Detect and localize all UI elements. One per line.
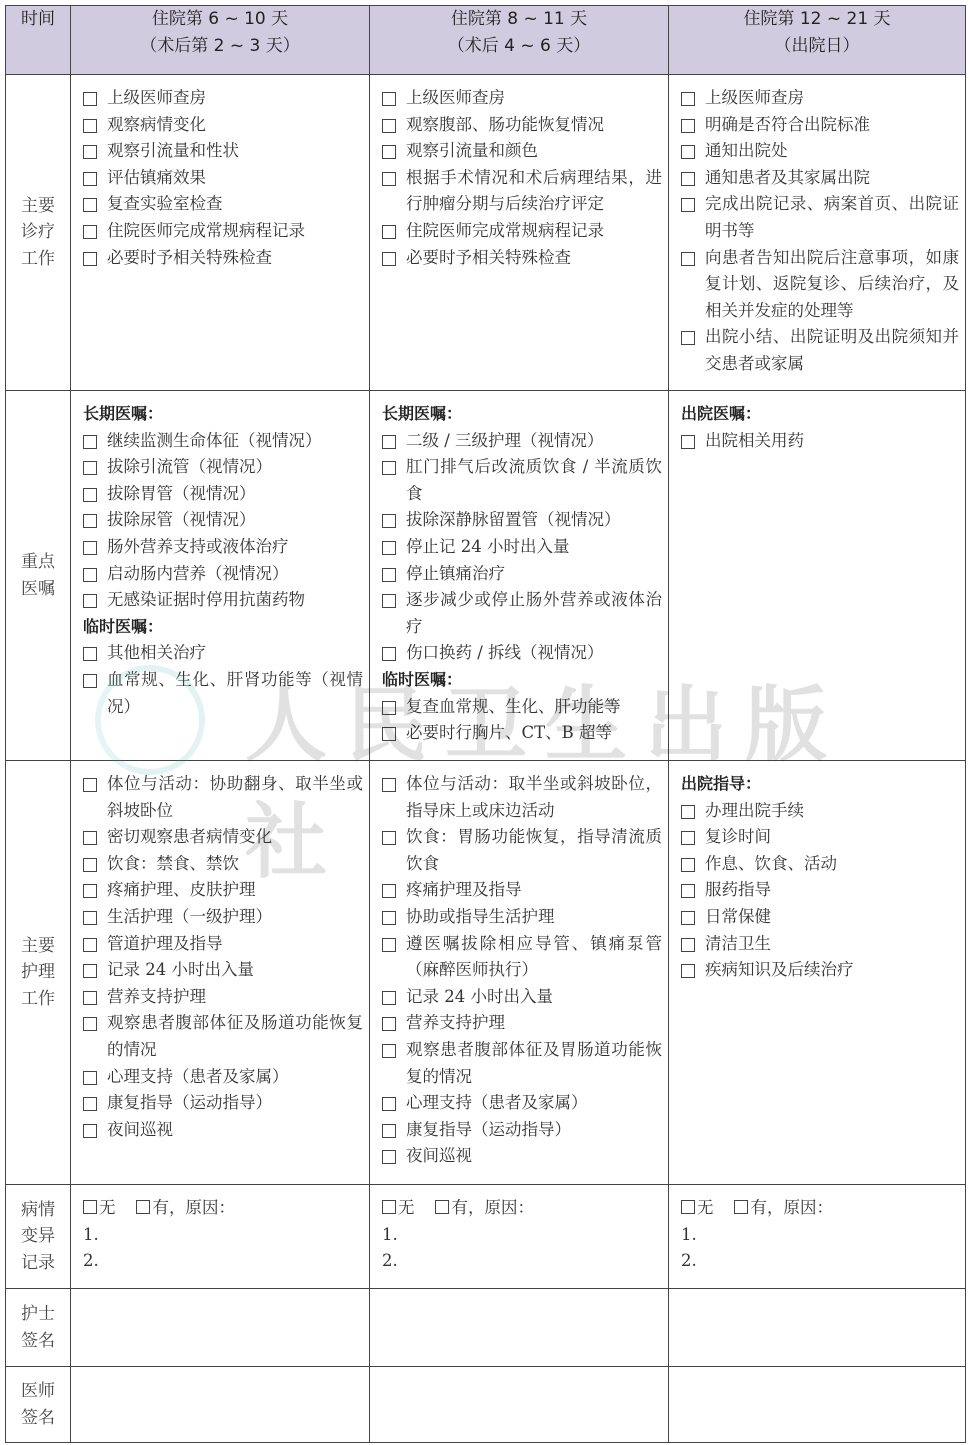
checkbox-icon[interactable] <box>83 964 97 978</box>
checkbox-icon[interactable] <box>83 1071 97 1085</box>
checkbox-icon[interactable] <box>83 541 97 555</box>
checkbox-icon[interactable] <box>382 145 396 159</box>
row-label-variation: 病情变异记录 <box>6 1185 71 1289</box>
header-col-2-line1: 住院第 8 ~ 11 天 <box>370 6 668 33</box>
checkbox-icon[interactable] <box>382 541 396 555</box>
row-label-line: 变异 <box>6 1223 70 1250</box>
variation-reason-2[interactable]: 2. <box>83 1248 363 1275</box>
row-label-line: 诊疗 <box>6 219 70 246</box>
checklist-item: 记录 24 小时出入量 <box>382 984 662 1011</box>
checklist-item: 清洁卫生 <box>681 931 959 958</box>
row-label-line: 医师 <box>6 1378 70 1405</box>
checklist-item-label: 记录 24 小时出入量 <box>406 987 553 1006</box>
variation-col-2: 无 有，原因：1.2. <box>370 1185 669 1289</box>
variation-col-3: 无 有，原因：1.2. <box>669 1185 966 1289</box>
checkbox-icon[interactable] <box>382 701 396 715</box>
checklist-item-label: 营养支持护理 <box>107 987 206 1006</box>
checklist-item: 密切观察患者病情变化 <box>83 824 363 851</box>
checklist-item-label: 必要时予相关特殊检查 <box>107 248 272 267</box>
checkbox-icon[interactable] <box>681 145 695 159</box>
row-label-diagnosis: 主要诊疗工作 <box>6 75 71 391</box>
checklist-item: 观察患者腹部体征及肠道功能恢复的情况 <box>83 1010 363 1063</box>
row-label-line: 医嘱 <box>6 576 70 603</box>
doctor-signature-field-3[interactable] <box>669 1367 966 1443</box>
checklist-item: 住院医师完成常规病程记录 <box>83 218 363 245</box>
checklist-item: 上级医师查房 <box>382 85 662 112</box>
checkbox-icon[interactable] <box>681 435 695 449</box>
checklist-item-label: 观察病情变化 <box>107 115 206 134</box>
checklist-item-label: 服药指导 <box>705 880 771 899</box>
checklist-item-label: 住院医师完成常规病程记录 <box>406 221 604 240</box>
checkbox-yes-icon[interactable] <box>734 1200 748 1214</box>
row-label-line: 签名 <box>6 1328 70 1355</box>
checklist-item-label: 协助或指导生活护理 <box>406 907 555 926</box>
checklist-item-label: 疼痛护理、皮肤护理 <box>107 880 256 899</box>
checklist-item: 评估镇痛效果 <box>83 165 363 192</box>
nurse-signature-field-2[interactable] <box>370 1289 669 1367</box>
checklist-item: 拔除引流管（视情况） <box>83 454 363 481</box>
diagnosis-col-3: 上级医师查房明确是否符合出院标准通知出院处通知患者及其家属出院完成出院记录、病案… <box>669 75 966 391</box>
checklist-item-label: 伤口换药 / 拆线（视情况） <box>406 643 604 662</box>
checklist-item-label: 康复指导（运动指导） <box>406 1120 571 1139</box>
checkbox-icon[interactable] <box>83 594 97 608</box>
checkbox-icon[interactable] <box>83 119 97 133</box>
checklist-item: 遵医嘱拔除相应导管、镇痛泵管（麻醉医师执行） <box>382 931 662 984</box>
row-label-nurse-signature: 护士签名 <box>6 1289 71 1367</box>
checklist-item-label: 停止记 24 小时出入量 <box>406 537 570 556</box>
checklist-item: 通知患者及其家属出院 <box>681 165 959 192</box>
checkbox-icon[interactable] <box>83 674 97 688</box>
checkbox-icon[interactable] <box>83 938 97 952</box>
doctor-signature-field-1[interactable] <box>71 1367 370 1443</box>
variation-yes-label: 有，原因： <box>750 1198 833 1217</box>
row-nursing: 主要护理工作 体位与活动：协助翻身、取半坐或斜坡卧位密切观察患者病情变化饮食：禁… <box>6 761 966 1185</box>
checklist-item: 拔除尿管（视情况） <box>83 507 363 534</box>
checkbox-icon[interactable] <box>83 92 97 106</box>
checklist-item-label: 逐步减少或停止肠外营养或液体治疗 <box>406 590 662 636</box>
checkbox-icon[interactable] <box>83 991 97 1005</box>
checkbox-icon[interactable] <box>83 514 97 528</box>
doctor-signature-field-2[interactable] <box>370 1367 669 1443</box>
row-label-line: 护理 <box>6 959 70 986</box>
checklist-item: 心理支持（患者及家属） <box>83 1064 363 1091</box>
row-label-line: 签名 <box>6 1405 70 1432</box>
discharge-orders-heading: 出院医嘱： <box>681 401 959 428</box>
checklist-item-label: 继续监测生命体征（视情况） <box>107 431 322 450</box>
checklist-item: 生活护理（一级护理） <box>83 904 363 931</box>
checklist-item: 启动肠内营养（视情况） <box>83 561 363 588</box>
checkbox-icon[interactable] <box>382 647 396 661</box>
checklist-item: 完成出院记录、病案首页、出院证明书等 <box>681 191 959 244</box>
checklist-item: 二级 / 三级护理（视情况） <box>382 428 662 455</box>
header-col-1-line1: 住院第 6 ~ 10 天 <box>71 6 369 33</box>
checklist-item-label: 复查血常规、生化、肝功能等 <box>406 697 621 716</box>
temporary-orders-heading: 临时医嘱： <box>83 614 363 641</box>
checklist-item-label: 拔除深静脉留置管（视情况） <box>406 510 621 529</box>
checklist-item: 出院相关用药 <box>681 428 959 455</box>
row-label-orders: 重点医嘱 <box>6 391 71 761</box>
checkbox-icon[interactable] <box>83 488 97 502</box>
checklist-item-label: 复查实验室检查 <box>107 194 223 213</box>
checkbox-icon[interactable] <box>681 198 695 212</box>
checklist-item: 通知出院处 <box>681 138 959 165</box>
row-doctor-signature: 医师签名 <box>6 1367 966 1443</box>
checklist-item: 复查实验室检查 <box>83 191 363 218</box>
header-col-1: 住院第 6 ~ 10 天（术后第 2 ~ 3 天） <box>71 6 370 75</box>
checklist-item-label: 饮食：胃肠功能恢复，指导清流质饮食 <box>406 827 662 873</box>
row-label-doctor-signature: 医师签名 <box>6 1367 71 1443</box>
checklist-item-label: 上级医师查房 <box>705 88 804 107</box>
checklist-item: 根据手术情况和术后病理结果，进行肿瘤分期与后续治疗评定 <box>382 165 662 218</box>
checklist-item: 伤口换药 / 拆线（视情况） <box>382 640 662 667</box>
checkbox-icon[interactable] <box>83 884 97 898</box>
variation-yes-label: 有，原因： <box>152 1198 235 1217</box>
checklist-item: 协助或指导生活护理 <box>382 904 662 931</box>
checklist-item: 住院医师完成常规病程记录 <box>382 218 662 245</box>
checklist-item-label: 复诊时间 <box>705 827 771 846</box>
variation-options: 无 有，原因： <box>382 1195 662 1222</box>
checkbox-icon[interactable] <box>83 911 97 925</box>
checklist-item: 出院小结、出院证明及出院须知并交患者或家属 <box>681 324 959 377</box>
variation-yes-label: 有，原因： <box>451 1198 534 1217</box>
checklist-item-label: 其他相关治疗 <box>107 643 206 662</box>
checkbox-icon[interactable] <box>681 884 695 898</box>
row-label-line: 护士 <box>6 1301 70 1328</box>
checklist-item-label: 作息、饮食、活动 <box>705 854 837 873</box>
checklist-item-label: 上级医师查房 <box>406 88 505 107</box>
checkbox-none-icon[interactable] <box>382 1200 396 1214</box>
checkbox-icon[interactable] <box>83 647 97 661</box>
variation-none-label: 无 <box>697 1198 714 1217</box>
checkbox-icon[interactable] <box>382 938 396 952</box>
checkbox-none-icon[interactable] <box>681 1200 695 1214</box>
checkbox-icon[interactable] <box>382 172 396 186</box>
checklist-item: 疼痛护理及指导 <box>382 877 662 904</box>
checkbox-icon[interactable] <box>83 172 97 186</box>
row-label-line: 工作 <box>6 986 70 1013</box>
checkbox-icon[interactable] <box>382 1150 396 1164</box>
checklist-item-label: 心理支持（患者及家属） <box>107 1067 289 1086</box>
checkbox-icon[interactable] <box>382 461 396 475</box>
nursing-col-1: 体位与活动：协助翻身、取半坐或斜坡卧位密切观察患者病情变化饮食：禁食、禁饮疼痛护… <box>71 761 370 1185</box>
header-row: 时间 住院第 6 ~ 10 天（术后第 2 ~ 3 天） 住院第 8 ~ 11 … <box>6 6 966 75</box>
checklist-item-label: 拔除尿管（视情况） <box>107 510 256 529</box>
checkbox-icon[interactable] <box>681 172 695 186</box>
checklist-item-label: 体位与活动：协助翻身、取半坐或斜坡卧位 <box>107 774 363 820</box>
row-label-line: 主要 <box>6 933 70 960</box>
checklist-item-label: 疾病知识及后续治疗 <box>705 960 854 979</box>
checklist-item-label: 肠外营养支持或液体治疗 <box>107 537 289 556</box>
orders-col-3: 出院医嘱： 出院相关用药 <box>669 391 966 761</box>
variation-options: 无 有，原因： <box>83 1195 363 1222</box>
checklist-item-label: 停止镇痛治疗 <box>406 564 505 583</box>
checkbox-icon[interactable] <box>681 831 695 845</box>
checklist-item: 向患者告知出院后注意事项，如康复计划、返院复诊、后续治疗，及相关并发症的处理等 <box>681 245 959 325</box>
header-col-1-line2: （术后第 2 ~ 3 天） <box>71 33 369 60</box>
checkbox-icon[interactable] <box>382 119 396 133</box>
variation-reason-1[interactable]: 1. <box>382 1222 662 1249</box>
checklist-item-label: 夜间巡视 <box>107 1120 173 1139</box>
checklist-item-label: 明确是否符合出院标准 <box>705 115 870 134</box>
checklist-item: 观察病情变化 <box>83 112 363 139</box>
checklist-item: 必要时行胸片、CT、B 超等 <box>382 720 662 747</box>
checklist-item-label: 康复指导（运动指导） <box>107 1093 272 1112</box>
checklist-item: 观察患者腹部体征及胃肠道功能恢复的情况 <box>382 1037 662 1090</box>
checkbox-icon[interactable] <box>382 435 396 449</box>
diagnosis-col-2: 上级医师查房观察腹部、肠功能恢复情况观察引流量和颜色根据手术情况和术后病理结果，… <box>370 75 669 391</box>
checklist-item: 无感染证据时停用抗菌药物 <box>83 587 363 614</box>
nurse-signature-field-3[interactable] <box>669 1289 966 1367</box>
checklist-item-label: 观察患者腹部体征及肠道功能恢复的情况 <box>107 1013 363 1059</box>
checklist-item: 必要时予相关特殊检查 <box>83 245 363 272</box>
checklist-item-label: 启动肠内营养（视情况） <box>107 564 289 583</box>
nursing-col-2: 体位与活动：取半坐或斜坡卧位，指导床上或床边活动饮食：胃肠功能恢复，指导清流质饮… <box>370 761 669 1185</box>
checklist-item: 夜间巡视 <box>382 1143 662 1170</box>
checklist-item: 饮食：胃肠功能恢复，指导清流质饮食 <box>382 824 662 877</box>
checklist-item-label: 二级 / 三级护理（视情况） <box>406 431 604 450</box>
row-label-line: 主要 <box>6 193 70 220</box>
checklist-item: 观察腹部、肠功能恢复情况 <box>382 112 662 139</box>
row-orders: 重点医嘱 长期医嘱： 继续监测生命体征（视情况）拔除引流管（视情况）拔除胃管（视… <box>6 391 966 761</box>
checklist-item: 拔除深静脉留置管（视情况） <box>382 507 662 534</box>
checklist-item-label: 拔除引流管（视情况） <box>107 457 272 476</box>
checkbox-icon[interactable] <box>83 858 97 872</box>
checkbox-icon[interactable] <box>83 198 97 212</box>
checkbox-icon[interactable] <box>382 1044 396 1058</box>
row-label-line: 病情 <box>6 1197 70 1224</box>
checklist-item-label: 观察患者腹部体征及胃肠道功能恢复的情况 <box>406 1040 662 1086</box>
checklist-item: 上级医师查房 <box>681 85 959 112</box>
orders-col-2: 长期医嘱： 二级 / 三级护理（视情况）肛门排气后改流质饮食 / 半流质饮食拔除… <box>370 391 669 761</box>
diagnosis-col-1: 上级医师查房观察病情变化观察引流量和性状评估镇痛效果复查实验室检查住院医师完成常… <box>71 75 370 391</box>
checklist-item-label: 夜间巡视 <box>406 1146 472 1165</box>
checklist-item: 记录 24 小时出入量 <box>83 957 363 984</box>
checklist-item-label: 无感染证据时停用抗菌药物 <box>107 590 305 609</box>
checklist-item: 必要时予相关特殊检查 <box>382 245 662 272</box>
row-label-line: 重点 <box>6 549 70 576</box>
checklist-item-label: 营养支持护理 <box>406 1013 505 1032</box>
checklist-item-label: 肛门排气后改流质饮食 / 半流质饮食 <box>406 457 662 503</box>
checkbox-icon[interactable] <box>681 252 695 266</box>
checklist-item: 停止记 24 小时出入量 <box>382 534 662 561</box>
checkbox-icon[interactable] <box>83 252 97 266</box>
checklist-item: 疼痛护理、皮肤护理 <box>83 877 363 904</box>
checklist-item: 体位与活动：协助翻身、取半坐或斜坡卧位 <box>83 771 363 824</box>
checklist-item: 肠外营养支持或液体治疗 <box>83 534 363 561</box>
checklist-item-label: 观察腹部、肠功能恢复情况 <box>406 115 604 134</box>
checklist-item: 营养支持护理 <box>382 1010 662 1037</box>
checklist-item: 肛门排气后改流质饮食 / 半流质饮食 <box>382 454 662 507</box>
checklist-item: 作息、饮食、活动 <box>681 851 959 878</box>
checkbox-icon[interactable] <box>382 252 396 266</box>
checklist-item-label: 出院相关用药 <box>705 431 804 450</box>
checklist-item: 体位与活动：取半坐或斜坡卧位，指导床上或床边活动 <box>382 771 662 824</box>
checkbox-icon[interactable] <box>681 911 695 925</box>
checkbox-icon[interactable] <box>382 911 396 925</box>
checkbox-icon[interactable] <box>681 964 695 978</box>
checkbox-icon[interactable] <box>681 858 695 872</box>
checklist-item-label: 体位与活动：取半坐或斜坡卧位，指导床上或床边活动 <box>406 774 662 820</box>
checkbox-icon[interactable] <box>382 594 396 608</box>
checkbox-icon[interactable] <box>83 1017 97 1031</box>
checklist-item-label: 遵医嘱拔除相应导管、镇痛泵管（麻醉医师执行） <box>406 934 662 980</box>
temporary-orders-heading: 临时医嘱： <box>382 667 662 694</box>
checkbox-icon[interactable] <box>681 92 695 106</box>
checklist-item-label: 出院小结、出院证明及出院须知并交患者或家属 <box>705 327 959 373</box>
checkbox-icon[interactable] <box>382 727 396 741</box>
checklist-item-label: 通知患者及其家属出院 <box>705 168 870 187</box>
checklist-item-label: 清洁卫生 <box>705 934 771 953</box>
row-diagnosis: 主要诊疗工作 上级医师查房观察病情变化观察引流量和性状评估镇痛效果复查实验室检查… <box>6 75 966 391</box>
checkbox-none-icon[interactable] <box>83 1200 97 1214</box>
checklist-item-label: 拔除胃管（视情况） <box>107 484 256 503</box>
checklist-item: 夜间巡视 <box>83 1117 363 1144</box>
checkbox-icon[interactable] <box>382 92 396 106</box>
long-term-orders-heading: 长期医嘱： <box>83 401 363 428</box>
checklist-item: 疾病知识及后续治疗 <box>681 957 959 984</box>
checklist-item-label: 向患者告知出院后注意事项，如康复计划、返院复诊、后续治疗，及相关并发症的处理等 <box>705 248 959 320</box>
header-col-3: 住院第 12 ~ 21 天（出院日） <box>669 6 966 75</box>
header-col-2-line2: （术后 4 ~ 6 天） <box>370 33 668 60</box>
checklist-item-label: 评估镇痛效果 <box>107 168 206 187</box>
checklist-item-label: 管道护理及指导 <box>107 934 223 953</box>
checklist-item-label: 上级医师查房 <box>107 88 206 107</box>
checkbox-icon[interactable] <box>382 991 396 1005</box>
row-label-nursing: 主要护理工作 <box>6 761 71 1185</box>
checkbox-icon[interactable] <box>681 805 695 819</box>
checklist-item: 明确是否符合出院标准 <box>681 112 959 139</box>
variation-reason-1[interactable]: 1. <box>681 1222 959 1249</box>
nursing-col-3: 出院指导： 办理出院手续复诊时间作息、饮食、活动服药指导日常保健清洁卫生疾病知识… <box>669 761 966 1185</box>
checkbox-icon[interactable] <box>83 435 97 449</box>
checkbox-icon[interactable] <box>83 778 97 792</box>
checklist-item-label: 观察引流量和性状 <box>107 141 239 160</box>
checkbox-icon[interactable] <box>83 568 97 582</box>
checklist-item-label: 完成出院记录、病案首页、出院证明书等 <box>705 194 959 240</box>
checklist-item: 办理出院手续 <box>681 798 959 825</box>
checkbox-yes-icon[interactable] <box>435 1200 449 1214</box>
row-label-line: 工作 <box>6 246 70 273</box>
checklist-item-label: 疼痛护理及指导 <box>406 880 522 899</box>
variation-col-1: 无 有，原因：1.2. <box>71 1185 370 1289</box>
checklist-item: 管道护理及指导 <box>83 931 363 958</box>
checklist-item: 停止镇痛治疗 <box>382 561 662 588</box>
checklist-item-label: 必要时行胸片、CT、B 超等 <box>406 723 612 742</box>
checklist-item: 康复指导（运动指导） <box>382 1117 662 1144</box>
checklist-item-label: 日常保健 <box>705 907 771 926</box>
checklist-item-label: 记录 24 小时出入量 <box>107 960 254 979</box>
checklist-item-label: 饮食：禁食、禁饮 <box>107 854 239 873</box>
checkbox-icon[interactable] <box>83 1097 97 1111</box>
checklist-item-label: 心理支持（患者及家属） <box>406 1093 588 1112</box>
header-col-2: 住院第 8 ~ 11 天（术后 4 ~ 6 天） <box>370 6 669 75</box>
checklist-item: 逐步减少或停止肠外营养或液体治疗 <box>382 587 662 640</box>
checkbox-icon[interactable] <box>83 461 97 475</box>
checkbox-icon[interactable] <box>83 831 97 845</box>
header-time-label: 时间 <box>6 6 71 75</box>
checkbox-icon[interactable] <box>83 145 97 159</box>
checklist-item: 观察引流量和性状 <box>83 138 363 165</box>
checkbox-icon[interactable] <box>681 938 695 952</box>
checkbox-icon[interactable] <box>382 1017 396 1031</box>
variation-reason-2[interactable]: 2. <box>382 1248 662 1275</box>
clinical-pathway-table: 时间 住院第 6 ~ 10 天（术后第 2 ~ 3 天） 住院第 8 ~ 11 … <box>5 5 966 1443</box>
checkbox-icon[interactable] <box>382 831 396 845</box>
checkbox-icon[interactable] <box>382 225 396 239</box>
checklist-item: 其他相关治疗 <box>83 640 363 667</box>
checklist-item-label: 密切观察患者病情变化 <box>107 827 272 846</box>
checklist-item-label: 根据手术情况和术后病理结果，进行肿瘤分期与后续治疗评定 <box>406 168 662 214</box>
discharge-guidance-heading: 出院指导： <box>681 771 959 798</box>
checkbox-icon[interactable] <box>382 778 396 792</box>
checklist-item: 上级医师查房 <box>83 85 363 112</box>
checkbox-icon[interactable] <box>382 568 396 582</box>
checklist-item-label: 住院医师完成常规病程记录 <box>107 221 305 240</box>
long-term-orders-heading: 长期医嘱： <box>382 401 662 428</box>
checkbox-icon[interactable] <box>382 514 396 528</box>
checklist-item: 康复指导（运动指导） <box>83 1090 363 1117</box>
checkbox-icon[interactable] <box>382 1124 396 1138</box>
checklist-item: 复诊时间 <box>681 824 959 851</box>
checklist-item: 观察引流量和颜色 <box>382 138 662 165</box>
nurse-signature-field-1[interactable] <box>71 1289 370 1367</box>
row-nurse-signature: 护士签名 <box>6 1289 966 1367</box>
checkbox-icon[interactable] <box>382 1097 396 1111</box>
checkbox-icon[interactable] <box>83 1124 97 1138</box>
variation-reason-1[interactable]: 1. <box>83 1222 363 1249</box>
header-col-3-line2: （出院日） <box>669 33 965 60</box>
checklist-item: 血常规、生化、肝肾功能等（视情况） <box>83 667 363 720</box>
row-label-line: 记录 <box>6 1250 70 1277</box>
checkbox-icon[interactable] <box>681 119 695 133</box>
checklist-item: 拔除胃管（视情况） <box>83 481 363 508</box>
row-variation: 病情变异记录 无 有，原因：1.2. 无 有，原因：1.2. 无 有，原因：1.… <box>6 1185 966 1289</box>
checklist-item-label: 必要时予相关特殊检查 <box>406 248 571 267</box>
variation-options: 无 有，原因： <box>681 1195 959 1222</box>
checklist-item: 心理支持（患者及家属） <box>382 1090 662 1117</box>
variation-none-label: 无 <box>99 1198 116 1217</box>
checklist-item-label: 办理出院手续 <box>705 801 804 820</box>
checklist-item: 继续监测生命体征（视情况） <box>83 428 363 455</box>
orders-col-1: 长期医嘱： 继续监测生命体征（视情况）拔除引流管（视情况）拔除胃管（视情况）拔除… <box>71 391 370 761</box>
checklist-item-label: 生活护理（一级护理） <box>107 907 272 926</box>
header-col-3-line1: 住院第 12 ~ 21 天 <box>669 6 965 33</box>
checklist-item: 饮食：禁食、禁饮 <box>83 851 363 878</box>
variation-reason-2[interactable]: 2. <box>681 1248 959 1275</box>
checklist-item-label: 血常规、生化、肝肾功能等（视情况） <box>107 670 363 716</box>
checklist-item-label: 通知出院处 <box>705 141 788 160</box>
variation-none-label: 无 <box>398 1198 415 1217</box>
checklist-item: 营养支持护理 <box>83 984 363 1011</box>
checkbox-icon[interactable] <box>382 884 396 898</box>
checkbox-yes-icon[interactable] <box>136 1200 150 1214</box>
checkbox-icon[interactable] <box>83 225 97 239</box>
checklist-item: 复查血常规、生化、肝功能等 <box>382 694 662 721</box>
checkbox-icon[interactable] <box>681 331 695 345</box>
checklist-item: 服药指导 <box>681 877 959 904</box>
checklist-item-label: 观察引流量和颜色 <box>406 141 538 160</box>
checklist-item: 日常保健 <box>681 904 959 931</box>
